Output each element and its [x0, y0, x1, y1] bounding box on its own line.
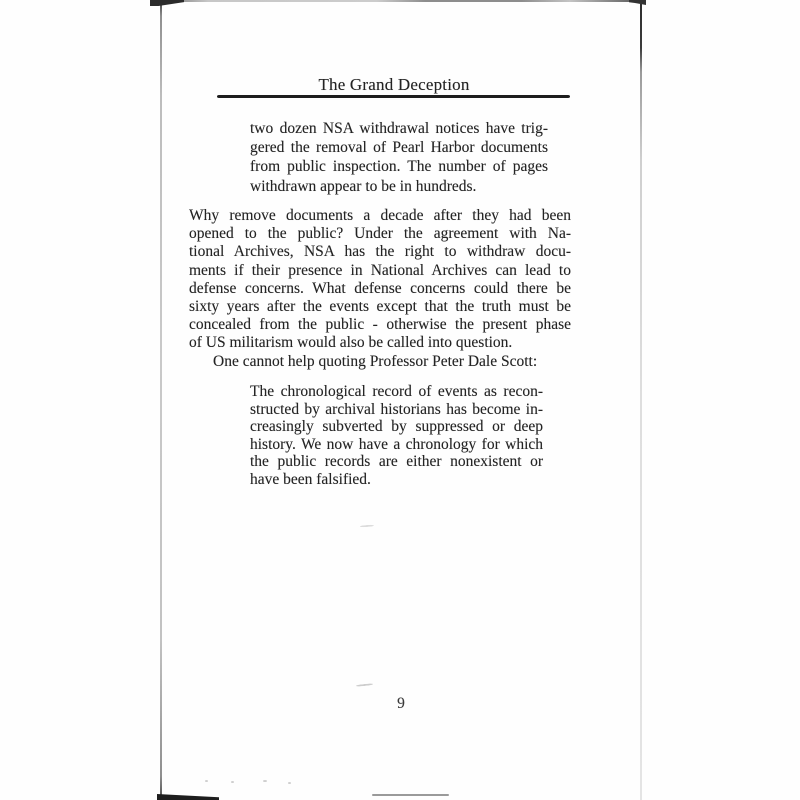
- scan-smudge: [360, 525, 374, 528]
- paragraph-line: sixty years after the events except that…: [189, 298, 571, 316]
- paragraph-line: opened to the public? Under the agreemen…: [189, 225, 571, 243]
- scan-speckle: [263, 780, 267, 782]
- body-paragraph: Why remove documents a decade after they…: [189, 207, 571, 371]
- scan-mark-bottom-center: [372, 794, 449, 796]
- quote-introduction-line: One cannot help quoting Professor Peter …: [189, 353, 571, 371]
- quote-line: creasingly subverted by suppressed or de…: [250, 418, 543, 436]
- scan-edge-right-line: [640, 0, 642, 800]
- scan-speckle: [205, 780, 208, 782]
- quote-line: gered the removal of Pearl Harbor docume…: [250, 138, 548, 157]
- paragraph-line: Why remove documents a decade after they…: [189, 207, 571, 225]
- quote-line: have been falsified.: [250, 471, 543, 489]
- scan-smudge: [356, 683, 373, 687]
- quote-line: withdrawn appear to be in hundreds.: [250, 177, 548, 196]
- paragraph-line: ments if their presence in National Arch…: [189, 262, 571, 280]
- scan-edge-top-line: [160, 0, 642, 2]
- running-head-rule: [217, 95, 570, 98]
- quote-line: from public inspection. The number of pa…: [250, 157, 548, 176]
- scanned-book-page: The Grand Deception two dozen NSA withdr…: [0, 0, 800, 800]
- quote-line: two dozen NSA withdrawal notices have tr…: [250, 119, 548, 138]
- scan-edge-left-line: [160, 0, 162, 800]
- paragraph-line: defense concerns. What defense concerns …: [189, 280, 571, 298]
- scan-mark-top-right: [629, 0, 646, 5]
- scan-speckle: [231, 781, 234, 783]
- scan-mark-bottom-left: [157, 793, 219, 800]
- quote-line: structed by archival historians has beco…: [250, 401, 543, 419]
- running-head-title: The Grand Deception: [218, 75, 570, 95]
- page-number: 9: [161, 695, 641, 713]
- scan-mark-top-left: [150, 0, 184, 6]
- paragraph-line: concealed from the public - otherwise th…: [189, 316, 571, 334]
- quote-line: the public records are either nonexisten…: [250, 453, 543, 471]
- paragraph-line: of US militarism would also be called in…: [189, 334, 571, 352]
- quote-line: history. We now have a chronology for wh…: [250, 436, 543, 454]
- quote-line: The chronological record of events as re…: [250, 383, 543, 401]
- paragraph-line: tional Archives, NSA has the right to wi…: [189, 243, 571, 261]
- block-quote-2: The chronological record of events as re…: [250, 383, 543, 488]
- scan-speckle: [288, 782, 291, 784]
- block-quote-1: two dozen NSA withdrawal notices have tr…: [250, 119, 548, 196]
